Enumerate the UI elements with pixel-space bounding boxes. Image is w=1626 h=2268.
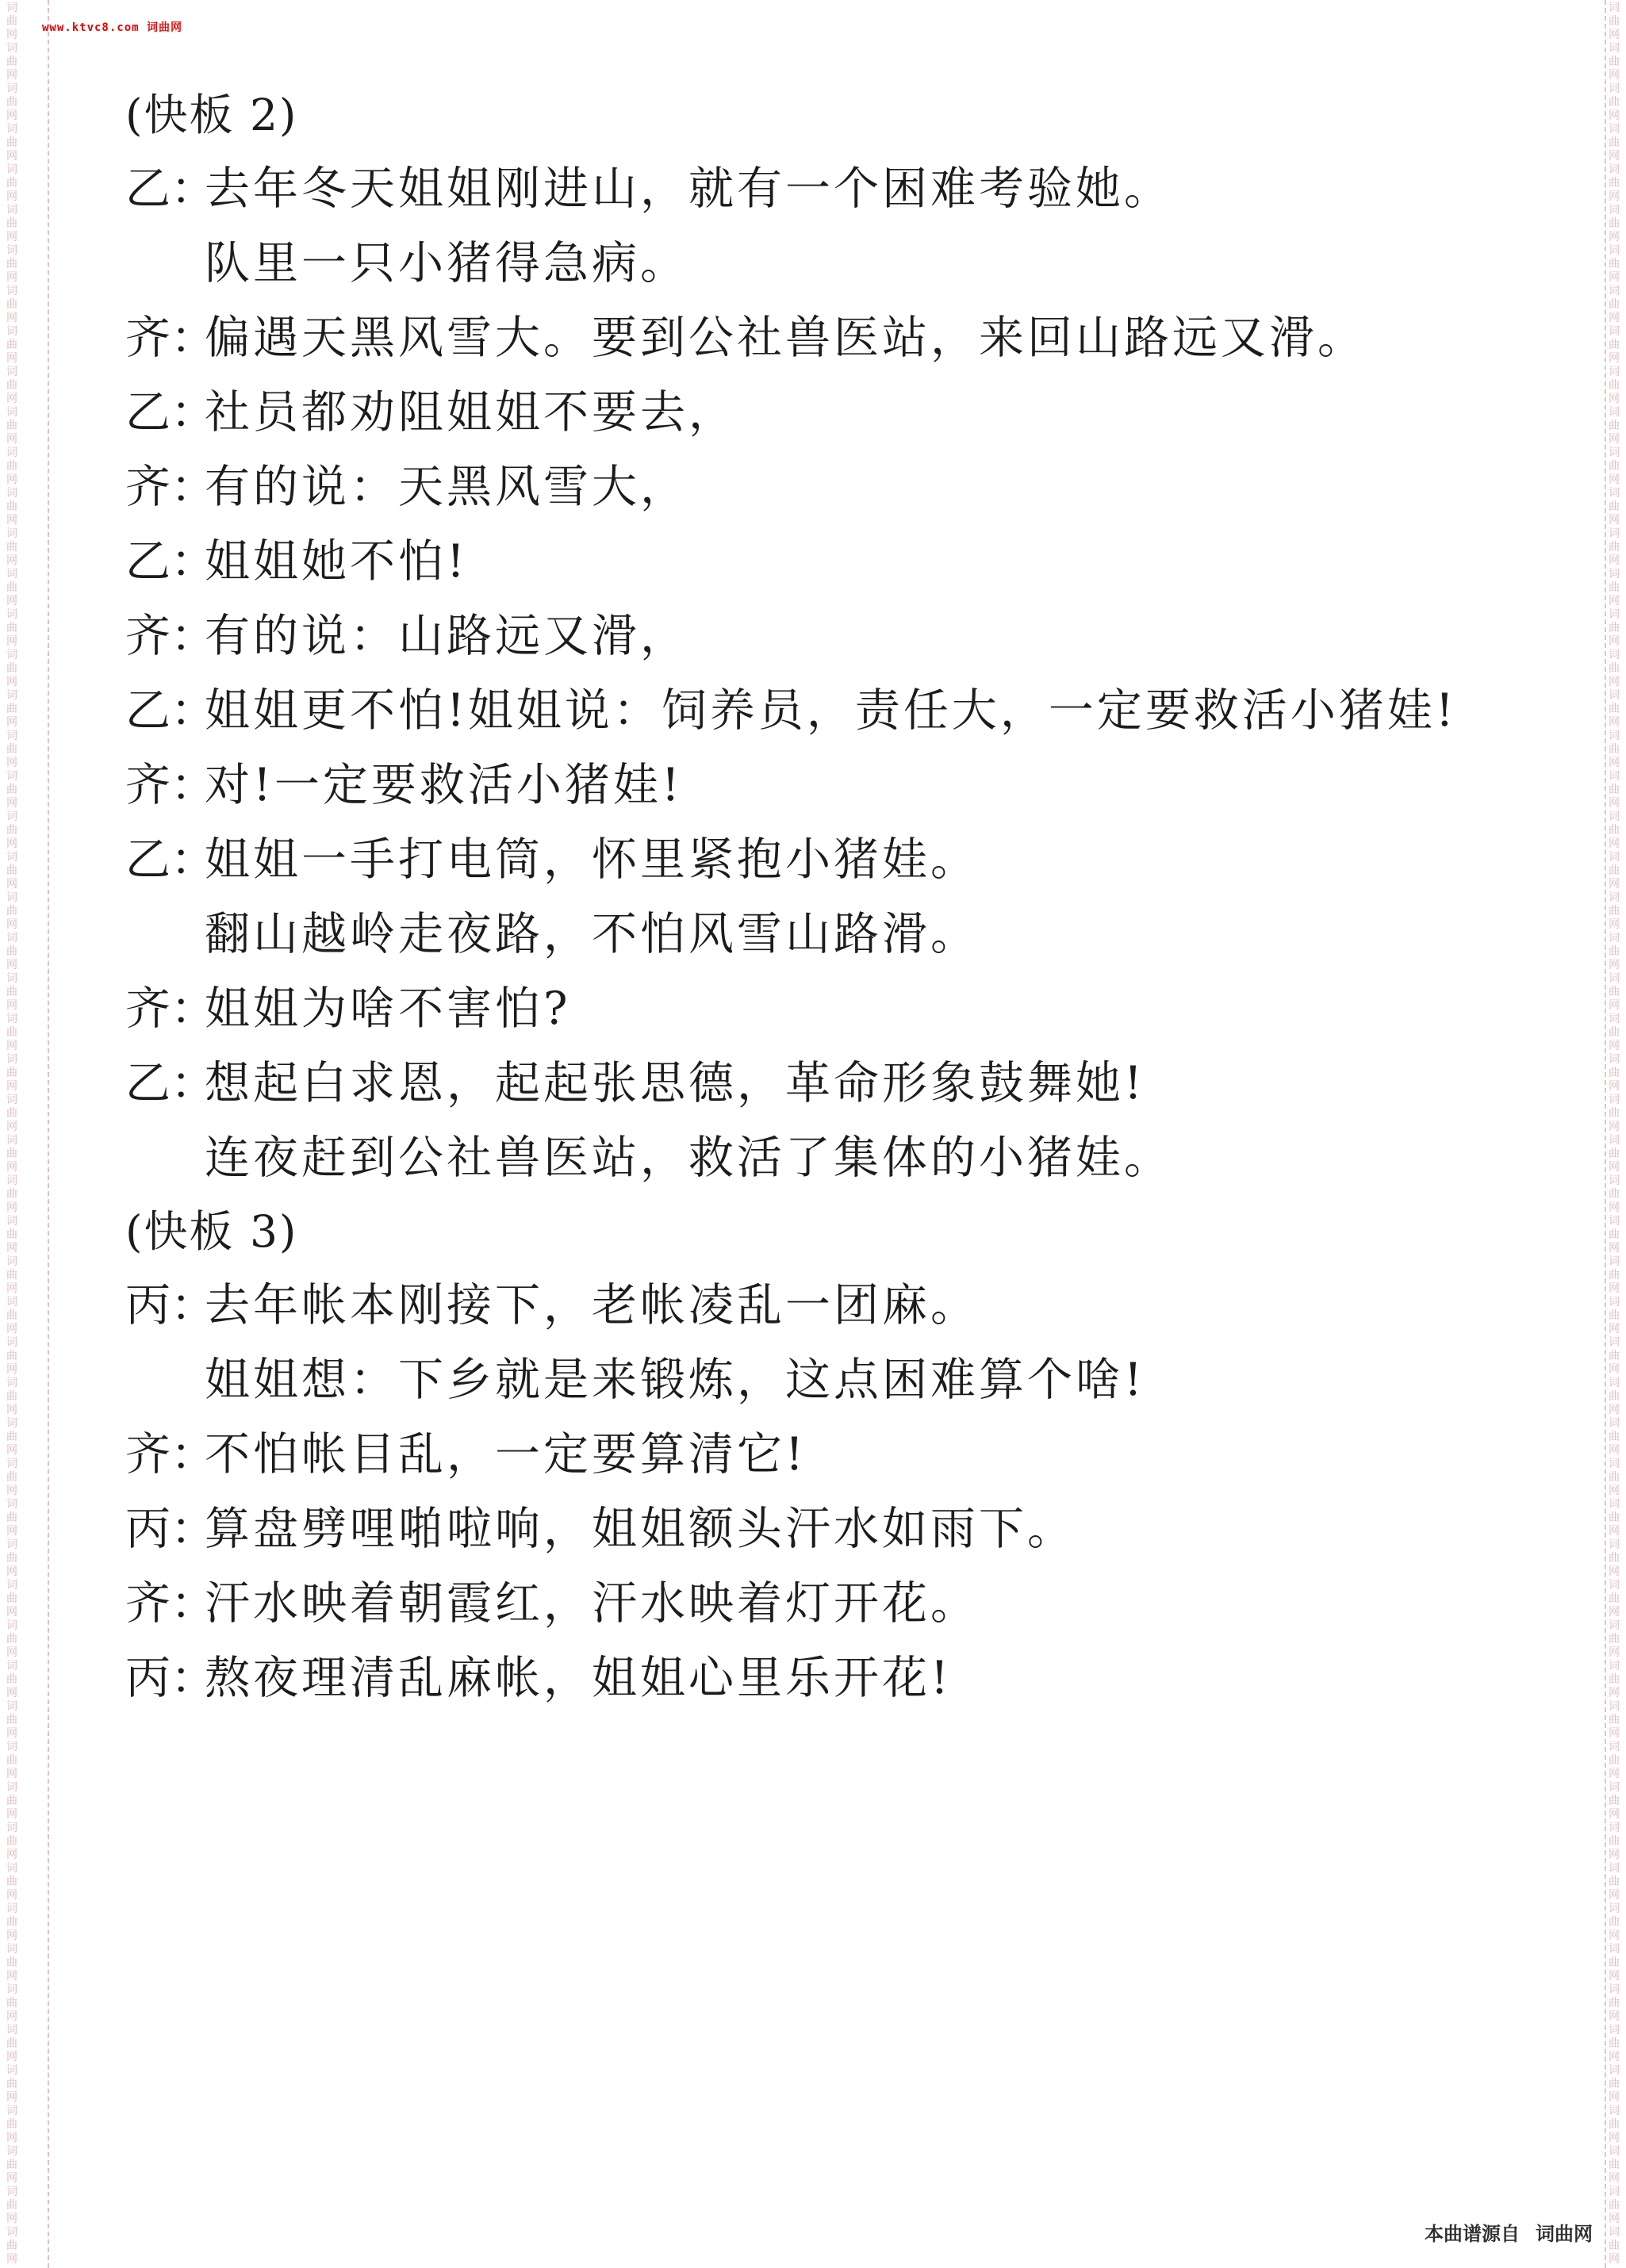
lyric-text: 有的说：天黑风雪大， bbox=[205, 465, 1531, 510]
margin-watermark-char: 网 bbox=[1609, 837, 1620, 851]
speaker-label: 乙： bbox=[125, 390, 205, 435]
margin-watermark-char: 曲 bbox=[6, 1511, 17, 1525]
margin-watermark-char: 曲 bbox=[1609, 1714, 1620, 1727]
lyric-line: 连夜赶到公社兽医站，救活了集体的小猪娃。 bbox=[125, 1136, 1531, 1181]
margin-watermark-char: 曲 bbox=[1609, 500, 1620, 514]
margin-watermark-char: 词 bbox=[6, 204, 17, 217]
section-header-2: (快板 3) bbox=[125, 1210, 1531, 1254]
margin-watermark-char: 网 bbox=[1609, 1565, 1620, 1579]
speaker-label: 乙： bbox=[125, 539, 205, 584]
margin-watermark-char: 词 bbox=[6, 2, 17, 15]
margin-watermark-char: 曲 bbox=[6, 379, 17, 393]
margin-watermark-char: 网 bbox=[6, 797, 17, 810]
margin-watermark-char: 网 bbox=[6, 1727, 17, 1741]
margin-watermark-char: 网 bbox=[1609, 999, 1620, 1013]
margin-watermark-char: 曲 bbox=[1609, 1754, 1620, 1768]
margin-watermark-char: 曲 bbox=[6, 1390, 17, 1404]
speaker-label: 齐： bbox=[125, 614, 205, 659]
margin-watermark-char: 曲 bbox=[6, 1026, 17, 1040]
margin-watermark-char: 网 bbox=[6, 150, 17, 163]
margin-watermark-char: 词 bbox=[1609, 1660, 1620, 1673]
margin-watermark-char: 词 bbox=[1609, 82, 1620, 96]
margin-watermark-char: 词 bbox=[6, 1255, 17, 1269]
margin-watermark-char: 曲 bbox=[1609, 905, 1620, 918]
margin-watermark-char: 曲 bbox=[1609, 1188, 1620, 1201]
margin-watermark-char: 网 bbox=[6, 1242, 17, 1255]
margin-watermark-char: 网 bbox=[6, 716, 17, 730]
margin-watermark-char: 曲 bbox=[6, 2159, 17, 2172]
margin-watermark-char: 词 bbox=[6, 123, 17, 136]
margin-watermark-char: 网 bbox=[6, 2172, 17, 2186]
margin-watermark-char: 曲 bbox=[6, 56, 17, 69]
margin-watermark-char: 网 bbox=[6, 1080, 17, 1094]
margin-watermark-char: 网 bbox=[1609, 1404, 1620, 1417]
margin-watermark-char: 曲 bbox=[1609, 1471, 1620, 1485]
margin-watermark-char: 词 bbox=[1609, 2145, 1620, 2159]
margin-watermark-char: 网 bbox=[1609, 1363, 1620, 1377]
margin-watermark-char: 词 bbox=[1609, 406, 1620, 420]
margin-watermark-char: 曲 bbox=[1609, 136, 1620, 150]
speaker-label: 齐： bbox=[125, 763, 205, 808]
lyric-line: 齐：不怕帐目乱，一定要算清它! bbox=[125, 1432, 1531, 1477]
margin-watermark-char: 词 bbox=[1609, 972, 1620, 986]
right-dashed-rule bbox=[1605, 0, 1606, 2268]
margin-watermark-char: 词 bbox=[1609, 1538, 1620, 1552]
margin-watermark-char: 词 bbox=[6, 1862, 17, 1875]
lyric-text: 姐姐她不怕! bbox=[205, 539, 1531, 584]
margin-watermark-char: 网 bbox=[1609, 1121, 1620, 1134]
margin-watermark-char: 网 bbox=[1609, 2051, 1620, 2064]
margin-watermark-char: 网 bbox=[6, 393, 17, 406]
margin-watermark-char: 词 bbox=[6, 2145, 17, 2159]
margin-watermark-char: 网 bbox=[6, 1768, 17, 1781]
scanned-lyric-page: { "watermark": { "top_left_url": "www.kt… bbox=[0, 0, 1626, 2268]
margin-watermark-char: 曲 bbox=[1609, 177, 1620, 190]
margin-watermark-char: 曲 bbox=[6, 1552, 17, 1565]
margin-watermark-char: 网 bbox=[1609, 29, 1620, 42]
margin-watermark-char: 网 bbox=[1609, 1970, 1620, 1983]
margin-watermark-char: 网 bbox=[6, 1525, 17, 1538]
margin-watermark-char: 词 bbox=[1609, 730, 1620, 743]
margin-watermark-char: 词 bbox=[1609, 2064, 1620, 2078]
margin-watermark-char: 网 bbox=[1609, 1080, 1620, 1094]
margin-watermark-char: 曲 bbox=[1609, 1997, 1620, 2010]
margin-watermark-char: 词 bbox=[1609, 568, 1620, 581]
margin-watermark-char: 词 bbox=[6, 770, 17, 783]
margin-watermark-char: 曲 bbox=[1609, 864, 1620, 878]
margin-watermark-char: 曲 bbox=[1609, 2037, 1620, 2051]
margin-watermark-char: 词 bbox=[1609, 608, 1620, 622]
lyric-text: 连夜赶到公社兽医站，救活了集体的小猪娃。 bbox=[205, 1136, 1531, 1181]
margin-watermark-char: 词 bbox=[1609, 891, 1620, 905]
margin-watermark-char: 曲 bbox=[6, 1592, 17, 1606]
margin-watermark-char: 词 bbox=[1609, 1943, 1620, 1956]
margin-watermark-char: 网 bbox=[6, 1201, 17, 1215]
margin-watermark-char: 词 bbox=[1609, 1700, 1620, 1714]
speaker-label: 齐： bbox=[125, 1432, 205, 1477]
margin-watermark-char: 曲 bbox=[6, 1350, 17, 1363]
margin-watermark-char: 曲 bbox=[1609, 1107, 1620, 1121]
margin-watermark-char: 词 bbox=[6, 932, 17, 945]
margin-watermark-char: 网 bbox=[6, 1161, 17, 1174]
margin-watermark-char: 网 bbox=[1609, 1242, 1620, 1255]
margin-watermark-char: 曲 bbox=[6, 136, 17, 150]
margin-watermark-char: 网 bbox=[1609, 1201, 1620, 1215]
margin-watermark-char: 网 bbox=[1609, 676, 1620, 689]
margin-watermark-char: 网 bbox=[1609, 393, 1620, 406]
margin-watermark-char: 网 bbox=[1609, 473, 1620, 487]
source-credit-prefix: 本曲谱源自 bbox=[1425, 2223, 1520, 2245]
margin-watermark-char: 网 bbox=[1609, 1323, 1620, 1336]
margin-watermark-char: 网 bbox=[1609, 433, 1620, 446]
margin-watermark-char: 曲 bbox=[1609, 945, 1620, 959]
margin-watermark-char: 曲 bbox=[1609, 1592, 1620, 1606]
margin-watermark-char: 词 bbox=[6, 2186, 17, 2199]
lyric-text: 队里一只小猪得急病。 bbox=[205, 241, 1531, 286]
lyric-line: 乙：姐姐更不怕!姐姐说：饲养员，责任大，一定要救活小猪娃! bbox=[125, 688, 1531, 734]
margin-watermark-char: 词 bbox=[6, 689, 17, 703]
margin-watermark-char: 网 bbox=[6, 635, 17, 649]
margin-watermark-char: 网 bbox=[1609, 1525, 1620, 1538]
margin-watermark-char: 网 bbox=[6, 1929, 17, 1943]
margin-watermark-char: 词 bbox=[1609, 770, 1620, 783]
margin-watermark-char: 曲 bbox=[1609, 2199, 1620, 2212]
speaker-label: 齐： bbox=[125, 1581, 205, 1626]
margin-watermark-char: 词 bbox=[1609, 689, 1620, 703]
speaker-label: 丙： bbox=[125, 1283, 205, 1328]
margin-watermark-char: 词 bbox=[6, 2105, 17, 2118]
margin-watermark-char: 曲 bbox=[6, 2239, 17, 2253]
left-dashed-rule bbox=[48, 0, 49, 2268]
margin-watermark-char: 网 bbox=[1609, 109, 1620, 123]
margin-watermark-char: 曲 bbox=[6, 2199, 17, 2212]
margin-watermark-char: 曲 bbox=[1609, 1309, 1620, 1323]
margin-watermark-char: 网 bbox=[1609, 1768, 1620, 1781]
margin-watermark-char: 网 bbox=[1609, 1687, 1620, 1700]
margin-watermark-char: 网 bbox=[1609, 2212, 1620, 2226]
margin-watermark-char: 曲 bbox=[1609, 1390, 1620, 1404]
lyric-line: 乙：姐姐一手打电筒，怀里紧抱小猪娃。 bbox=[125, 837, 1531, 883]
margin-watermark-char: 曲 bbox=[1609, 56, 1620, 69]
margin-watermark-char: 曲 bbox=[1609, 1552, 1620, 1565]
margin-watermark-char: 词 bbox=[1609, 285, 1620, 298]
margin-watermark-char: 网 bbox=[6, 757, 17, 770]
margin-watermark-char: 词 bbox=[6, 1579, 17, 1592]
margin-watermark-char: 词 bbox=[1609, 1781, 1620, 1795]
margin-watermark-char: 网 bbox=[1609, 2010, 1620, 2024]
margin-watermark-char: 网 bbox=[6, 1323, 17, 1336]
lyric-text: 姐姐为啥不害怕? bbox=[205, 987, 1531, 1032]
margin-watermark-char: 曲 bbox=[6, 339, 17, 352]
speaker-label: 丙： bbox=[125, 1656, 205, 1701]
margin-watermark-char: 词 bbox=[1609, 2186, 1620, 2199]
margin-watermark-char: 网 bbox=[1609, 1485, 1620, 1498]
margin-watermark-char: 曲 bbox=[1609, 258, 1620, 271]
margin-watermark-char: 曲 bbox=[1609, 1228, 1620, 1242]
margin-watermark-char: 曲 bbox=[1609, 1147, 1620, 1161]
margin-watermark-char: 网 bbox=[6, 1404, 17, 1417]
margin-watermark-char: 词 bbox=[6, 891, 17, 905]
margin-watermark-char: 曲 bbox=[6, 1431, 17, 1444]
margin-watermark-char: 词 bbox=[6, 163, 17, 177]
margin-watermark-char: 词 bbox=[1609, 1094, 1620, 1107]
margin-watermark-char: 网 bbox=[1609, 635, 1620, 649]
margin-watermark-char: 曲 bbox=[1609, 1511, 1620, 1525]
margin-watermark-char: 词 bbox=[1609, 1296, 1620, 1309]
margin-watermark-char: 网 bbox=[6, 999, 17, 1013]
margin-watermark-char: 网 bbox=[6, 1848, 17, 1862]
margin-watermark-char: 曲 bbox=[1609, 1026, 1620, 1040]
lyric-text: 对!一定要救活小猪娃! bbox=[205, 763, 1531, 808]
margin-watermark-char: 词 bbox=[1609, 932, 1620, 945]
margin-watermark-char: 词 bbox=[1609, 1619, 1620, 1633]
margin-watermark-char: 曲 bbox=[1609, 217, 1620, 231]
margin-watermark-char: 曲 bbox=[6, 1067, 17, 1080]
margin-watermark-char: 网 bbox=[6, 473, 17, 487]
lyric-sheet: (快板 2)乙：去年冬天姐姐刚进山，就有一个困难考验她。队里一只小猪得急病。齐：… bbox=[125, 94, 1531, 1730]
margin-watermark-char: 网 bbox=[1609, 150, 1620, 163]
margin-watermark-char: 曲 bbox=[1609, 460, 1620, 473]
margin-watermark-char: 曲 bbox=[1609, 1956, 1620, 1970]
margin-watermark-char: 网 bbox=[1609, 2132, 1620, 2145]
margin-watermark-char: 曲 bbox=[1609, 298, 1620, 312]
margin-watermark-char: 词 bbox=[6, 1174, 17, 1188]
margin-watermark-char: 曲 bbox=[1609, 1350, 1620, 1363]
margin-watermark-char: 词 bbox=[6, 446, 17, 460]
margin-watermark-char: 网 bbox=[1609, 918, 1620, 932]
margin-watermark-char: 曲 bbox=[6, 581, 17, 595]
lyric-line: 齐：对!一定要救活小猪娃! bbox=[125, 763, 1531, 808]
margin-watermark-char: 曲 bbox=[6, 96, 17, 109]
margin-watermark-char: 网 bbox=[1609, 271, 1620, 285]
speaker-label: 乙： bbox=[125, 167, 205, 212]
margin-watermark-char: 网 bbox=[6, 1606, 17, 1619]
speaker-label: 乙： bbox=[125, 1061, 205, 1106]
margin-watermark-char: 词 bbox=[6, 1053, 17, 1067]
margin-watermark-char: 词 bbox=[1609, 1458, 1620, 1471]
margin-watermark-char: 网 bbox=[6, 271, 17, 285]
margin-watermark-char: 网 bbox=[1609, 1929, 1620, 1943]
speaker-label: 乙： bbox=[125, 837, 205, 883]
margin-watermark-char: 曲 bbox=[1609, 541, 1620, 554]
margin-watermark-char: 网 bbox=[1609, 2091, 1620, 2105]
margin-watermark-char: 网 bbox=[1609, 757, 1620, 770]
margin-watermark-char: 词 bbox=[1609, 1417, 1620, 1431]
margin-watermark-char: 曲 bbox=[6, 1188, 17, 1201]
speaker-label: 齐： bbox=[125, 316, 205, 361]
margin-watermark-char: 网 bbox=[6, 1363, 17, 1377]
margin-watermark-char: 词 bbox=[6, 244, 17, 258]
margin-watermark-char: 词 bbox=[6, 406, 17, 420]
margin-watermark-char: 网 bbox=[6, 514, 17, 527]
margin-watermark-char: 曲 bbox=[6, 1754, 17, 1768]
lyric-text: 有的说：山路远又滑， bbox=[205, 614, 1531, 659]
margin-watermark-char: 网 bbox=[6, 433, 17, 446]
margin-watermark-char: 词 bbox=[1609, 1336, 1620, 1350]
lyric-text: 汗水映着朝霞红，汗水映着灯开花。 bbox=[205, 1581, 1531, 1626]
margin-watermark-char: 曲 bbox=[6, 500, 17, 514]
margin-watermark-char: 曲 bbox=[6, 905, 17, 918]
margin-watermark-char: 曲 bbox=[1609, 1916, 1620, 1929]
margin-watermark-char: 词 bbox=[6, 1619, 17, 1633]
margin-watermark-char: 曲 bbox=[1609, 96, 1620, 109]
margin-watermark-char: 网 bbox=[1609, 312, 1620, 325]
lyric-text: 偏遇天黑风雪大。要到公社兽医站，来回山路远又滑。 bbox=[205, 316, 1531, 361]
margin-watermark-char: 词 bbox=[1609, 2024, 1620, 2037]
margin-watermark-char: 词 bbox=[6, 2064, 17, 2078]
margin-watermark-char: 词 bbox=[6, 1660, 17, 1673]
margin-watermark-char: 网 bbox=[1609, 1848, 1620, 1862]
lyric-line: 乙：姐姐她不怕! bbox=[125, 539, 1531, 584]
margin-watermark-char: 词 bbox=[1609, 810, 1620, 824]
lyric-line: 丙：算盘劈哩啪啦响，姐姐额头汗水如雨下。 bbox=[125, 1507, 1531, 1552]
margin-watermark-char: 词 bbox=[1609, 1255, 1620, 1269]
margin-watermark-char: 曲 bbox=[1609, 703, 1620, 716]
margin-watermark-char: 曲 bbox=[6, 945, 17, 959]
margin-watermark-char: 网 bbox=[6, 2051, 17, 2064]
margin-watermark-char: 曲 bbox=[1609, 1875, 1620, 1889]
margin-watermark-char: 词 bbox=[1609, 1215, 1620, 1228]
margin-watermark-char: 词 bbox=[6, 1377, 17, 1390]
margin-watermark-char: 词 bbox=[6, 649, 17, 662]
margin-watermark-char: 网 bbox=[6, 2253, 17, 2266]
margin-watermark-char: 曲 bbox=[6, 1107, 17, 1121]
lyric-line: 齐：姐姐为啥不害怕? bbox=[125, 987, 1531, 1032]
margin-watermark-char: 曲 bbox=[6, 2118, 17, 2132]
margin-watermark-char: 网 bbox=[1609, 1808, 1620, 1822]
margin-watermark-char: 曲 bbox=[6, 1269, 17, 1282]
margin-watermark-char: 曲 bbox=[6, 217, 17, 231]
margin-watermark-char: 网 bbox=[6, 1808, 17, 1822]
left-margin-watermark: 词曲网词曲网词曲网词曲网词曲网词曲网词曲网词曲网词曲网词曲网词曲网词曲网词曲网词… bbox=[4, 2, 20, 2266]
lyric-line: 丙：去年帐本刚接下，老帐凌乱一团麻。 bbox=[125, 1283, 1531, 1328]
right-margin-watermark: 词曲网词曲网词曲网词曲网词曲网词曲网词曲网词曲网词曲网词曲网词曲网词曲网词曲网词… bbox=[1606, 2, 1622, 2266]
margin-watermark-char: 词 bbox=[6, 810, 17, 824]
margin-watermark-char: 词 bbox=[6, 1700, 17, 1714]
margin-watermark-char: 曲 bbox=[6, 15, 17, 29]
margin-watermark-char: 词 bbox=[6, 487, 17, 500]
margin-watermark-char: 网 bbox=[1609, 352, 1620, 366]
margin-watermark-char: 曲 bbox=[1609, 1633, 1620, 1646]
margin-watermark-char: 词 bbox=[6, 1336, 17, 1350]
margin-watermark-char: 网 bbox=[1609, 959, 1620, 972]
speaker-label: 齐： bbox=[125, 987, 205, 1032]
lyric-text: 去年帐本刚接下，老帐凌乱一团麻。 bbox=[205, 1283, 1531, 1328]
margin-watermark-char: 曲 bbox=[6, 1309, 17, 1323]
margin-watermark-char: 网 bbox=[1609, 1282, 1620, 1296]
margin-watermark-char: 词 bbox=[6, 972, 17, 986]
lyric-line: 翻山越岭走夜路，不怕风雪山路滑。 bbox=[125, 912, 1531, 957]
margin-watermark-char: 词 bbox=[1609, 1741, 1620, 1754]
margin-watermark-char: 网 bbox=[1609, 1727, 1620, 1741]
margin-watermark-char: 网 bbox=[1609, 716, 1620, 730]
margin-watermark-char: 曲 bbox=[6, 298, 17, 312]
margin-watermark-char: 曲 bbox=[1609, 743, 1620, 757]
margin-watermark-char: 曲 bbox=[6, 1795, 17, 1808]
margin-watermark-char: 曲 bbox=[6, 783, 17, 797]
margin-watermark-char: 词 bbox=[1609, 446, 1620, 460]
margin-watermark-char: 词 bbox=[1609, 851, 1620, 864]
margin-watermark-char: 曲 bbox=[6, 1956, 17, 1970]
margin-watermark-char: 词 bbox=[6, 1215, 17, 1228]
margin-watermark-char: 网 bbox=[6, 109, 17, 123]
margin-watermark-char: 词 bbox=[1609, 487, 1620, 500]
margin-watermark-char: 曲 bbox=[1609, 15, 1620, 29]
site-url-watermark: www.ktvc8.com 词曲网 bbox=[42, 19, 182, 35]
margin-watermark-char: 网 bbox=[1609, 1606, 1620, 1619]
margin-watermark-char: 曲 bbox=[1609, 1795, 1620, 1808]
source-credit-site: 词曲网 bbox=[1536, 2223, 1593, 2245]
margin-watermark-char: 词 bbox=[1609, 1983, 1620, 1997]
lyric-line: 齐：有的说：天黑风雪大， bbox=[125, 465, 1531, 510]
margin-watermark-char: 曲 bbox=[6, 1228, 17, 1242]
margin-watermark-char: 曲 bbox=[6, 2037, 17, 2051]
lyric-text: 姐姐更不怕!姐姐说：饲养员，责任大，一定要救活小猪娃! bbox=[205, 688, 1531, 734]
margin-watermark-char: 词 bbox=[6, 1741, 17, 1754]
lyric-text: 想起白求恩，起起张思德，革命形象鼓舞她! bbox=[205, 1061, 1531, 1106]
margin-watermark-char: 曲 bbox=[6, 864, 17, 878]
margin-watermark-char: 词 bbox=[6, 82, 17, 96]
margin-watermark-char: 词 bbox=[6, 2024, 17, 2037]
margin-watermark-char: 网 bbox=[6, 1889, 17, 1902]
margin-watermark-char: 词 bbox=[6, 1458, 17, 1471]
margin-watermark-char: 词 bbox=[1609, 123, 1620, 136]
margin-watermark-char: 网 bbox=[6, 918, 17, 932]
margin-watermark-char: 网 bbox=[1609, 1040, 1620, 1053]
margin-watermark-char: 曲 bbox=[6, 460, 17, 473]
margin-watermark-char: 网 bbox=[6, 1444, 17, 1458]
speaker-label: 丙： bbox=[125, 1507, 205, 1552]
speaker-label: 乙： bbox=[125, 688, 205, 734]
margin-watermark-char: 词 bbox=[1609, 527, 1620, 541]
margin-watermark-char: 曲 bbox=[1609, 2159, 1620, 2172]
margin-watermark-char: 词 bbox=[1609, 1822, 1620, 1835]
margin-watermark-char: 词 bbox=[6, 1094, 17, 1107]
margin-watermark-char: 词 bbox=[6, 366, 17, 379]
margin-watermark-char: 词 bbox=[6, 608, 17, 622]
margin-watermark-char: 词 bbox=[6, 1943, 17, 1956]
margin-watermark-char: 网 bbox=[6, 676, 17, 689]
margin-watermark-char: 曲 bbox=[6, 743, 17, 757]
margin-watermark-char: 网 bbox=[6, 312, 17, 325]
lyric-line: 乙：去年冬天姐姐刚进山，就有一个困难考验她。 bbox=[125, 167, 1531, 212]
margin-watermark-char: 词 bbox=[6, 1498, 17, 1511]
margin-watermark-char: 网 bbox=[6, 231, 17, 244]
margin-watermark-char: 词 bbox=[1609, 649, 1620, 662]
lyric-text: 姐姐想：下乡就是来锻炼，这点困难算个啥! bbox=[205, 1358, 1531, 1403]
margin-watermark-char: 曲 bbox=[1609, 662, 1620, 676]
margin-watermark-char: 网 bbox=[6, 878, 17, 891]
margin-watermark-char: 曲 bbox=[1609, 420, 1620, 433]
margin-watermark-char: 网 bbox=[1609, 595, 1620, 608]
margin-watermark-char: 词 bbox=[1609, 325, 1620, 339]
margin-watermark-char: 网 bbox=[6, 2212, 17, 2226]
lyric-text: 社员都劝阻姐姐不要去， bbox=[205, 390, 1531, 435]
margin-watermark-char: 词 bbox=[6, 1781, 17, 1795]
margin-watermark-char: 曲 bbox=[1609, 581, 1620, 595]
margin-watermark-char: 曲 bbox=[6, 662, 17, 676]
margin-watermark-char: 网 bbox=[6, 2010, 17, 2024]
margin-watermark-char: 网 bbox=[1609, 190, 1620, 204]
margin-watermark-char: 网 bbox=[6, 1040, 17, 1053]
lyric-line: 齐：汗水映着朝霞红，汗水映着灯开花。 bbox=[125, 1581, 1531, 1626]
lyric-line: 乙：社员都劝阻姐姐不要去， bbox=[125, 390, 1531, 435]
margin-watermark-char: 曲 bbox=[6, 1147, 17, 1161]
margin-watermark-char: 网 bbox=[6, 1121, 17, 1134]
margin-watermark-char: 词 bbox=[1609, 1498, 1620, 1511]
margin-watermark-char: 曲 bbox=[6, 258, 17, 271]
margin-watermark-char: 网 bbox=[6, 1687, 17, 1700]
